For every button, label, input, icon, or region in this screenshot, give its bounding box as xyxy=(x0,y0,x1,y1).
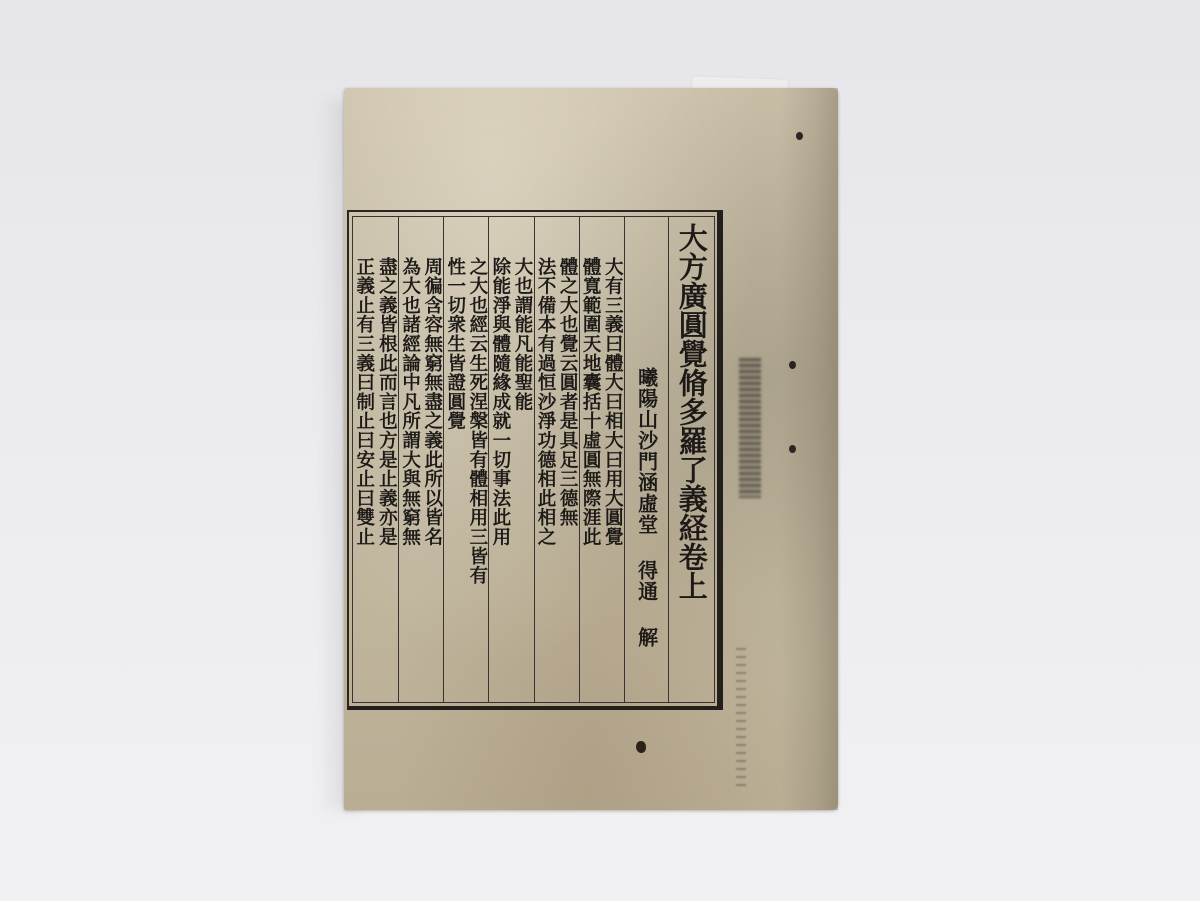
text-column: 體之大也覺云圓者是具足三德無 法不備本有過恒沙淨功德相此相之 xyxy=(534,217,579,702)
ink-blot xyxy=(636,741,646,753)
binding-hole xyxy=(796,132,803,140)
text-line: 大有三義曰體大曰相大曰用大圓覺 xyxy=(602,217,623,702)
ink-offset-stain xyxy=(739,358,761,498)
text-line: 盡之義皆根此而言也方是止義亦是 xyxy=(376,217,397,702)
text-line: 性一切衆生皆證圓覺 xyxy=(445,217,466,702)
text-line: 大也謂能凡能聖能 xyxy=(512,217,533,702)
text-frame: 大方廣圓覺脩多羅了義経卷上 曦陽山沙門涵虛堂 得通 解 大有三義曰體大曰相大曰用… xyxy=(347,210,723,710)
text-column: 大有三義曰體大曰相大曰用大圓覺 體寬範圍天地囊括十虛圓無際涯此 xyxy=(579,217,624,702)
sutra-title: 大方廣圓覺脩多羅了義経卷上 xyxy=(670,217,714,702)
text-grid: 大方廣圓覺脩多羅了義経卷上 曦陽山沙門涵虛堂 得通 解 大有三義曰體大曰相大曰用… xyxy=(352,216,715,703)
title-column: 大方廣圓覺脩多羅了義経卷上 xyxy=(668,217,714,702)
author-name: 得通 xyxy=(635,560,659,602)
author-role: 解 xyxy=(635,627,659,648)
author-line: 曦陽山沙門涵虛堂 xyxy=(635,367,659,535)
book-page: 大方廣圓覺脩多羅了義経卷上 曦陽山沙門涵虛堂 得通 解 大有三義曰體大曰相大曰用… xyxy=(344,88,838,810)
text-column: 周徧含容無窮無盡之義此所以皆名 為大也諸經論中凡所謂大與無窮無 xyxy=(398,217,443,702)
text-column: 盡之義皆根此而言也方是止義亦是 正義止有三義曰制止曰安止曰雙止 xyxy=(353,217,398,702)
ink-offset-stain xyxy=(736,648,746,788)
text-line: 正義止有三義曰制止曰安止曰雙止 xyxy=(354,217,375,702)
author-attribution: 曦陽山沙門涵虛堂 得通 解 xyxy=(627,217,667,702)
text-line: 為大也諸經論中凡所謂大與無窮無 xyxy=(400,217,421,702)
text-line: 之大也經云生死涅槃皆有體相用三皆有 xyxy=(467,217,488,702)
text-line: 法不備本有過恒沙淨功德相此相之 xyxy=(535,217,556,702)
text-line: 體寬範圍天地囊括十虛圓無際涯此 xyxy=(580,217,601,702)
binding-hole xyxy=(789,445,796,453)
author-column: 曦陽山沙門涵虛堂 得通 解 xyxy=(624,217,669,702)
binding-hole xyxy=(789,361,796,369)
text-line: 除能淨與體隨緣成就一切事法此用 xyxy=(490,217,511,702)
text-line: 體之大也覺云圓者是具足三德無 xyxy=(557,217,578,702)
text-line: 周徧含容無窮無盡之義此所以皆名 xyxy=(422,217,443,702)
text-column: 之大也經云生死涅槃皆有體相用三皆有 性一切衆生皆證圓覺 xyxy=(443,217,488,702)
text-column: 大也謂能凡能聖能 除能淨與體隨緣成就一切事法此用 xyxy=(488,217,533,702)
